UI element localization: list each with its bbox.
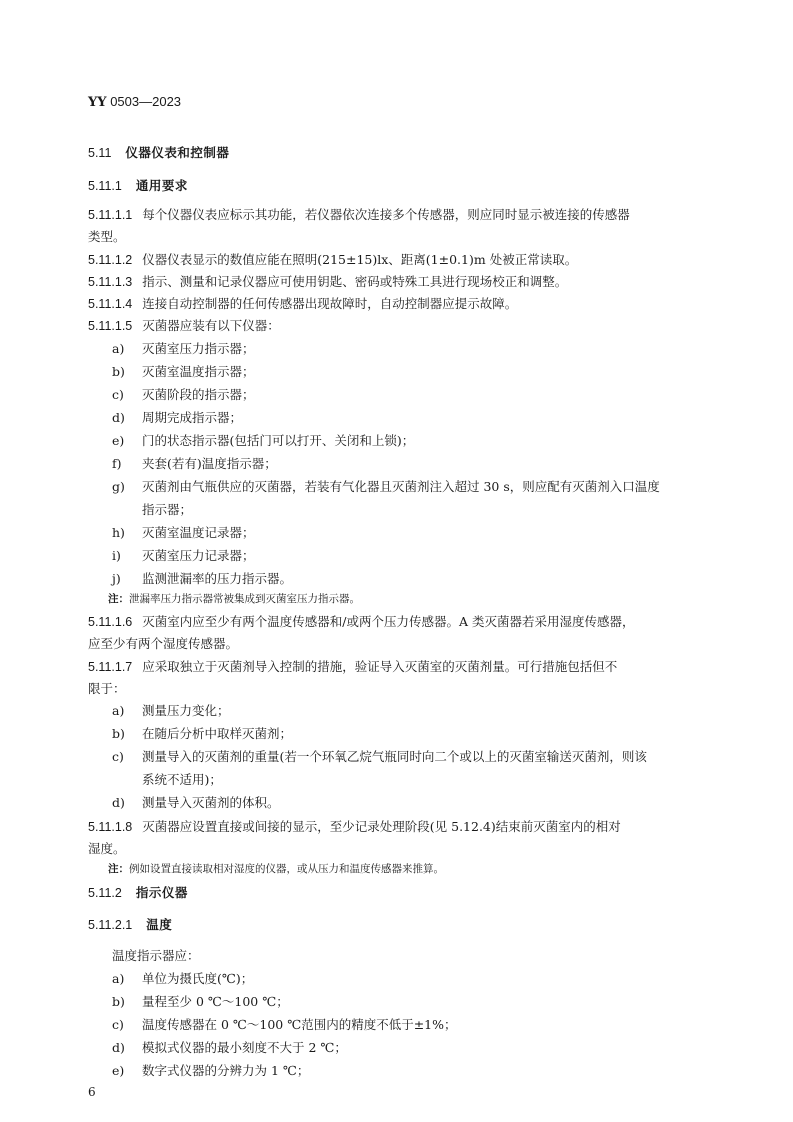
list-text: 单位为摄氏度(℃)； bbox=[142, 971, 253, 986]
list-label: e) bbox=[112, 1063, 142, 1078]
list-text: 夹套(若有)温度指示器； bbox=[142, 456, 277, 471]
list-text: 测量压力变化； bbox=[142, 703, 230, 718]
note-text: 例如设置直接读取相对湿度的仪器，或从压力和温度传感器来推算。 bbox=[129, 863, 444, 875]
heading-5-11: 5.11仪器仪表和控制器 bbox=[88, 143, 229, 161]
clause-text-continued: 类型。 bbox=[88, 226, 708, 247]
list-label: b) bbox=[112, 364, 142, 379]
clause-5-11-1-2: 5.11.1.2仪器仪表显示的数值应能在照明(215±15)lx、距离(1±0.… bbox=[88, 249, 708, 271]
clause-5-11-1-4: 5.11.1.4连接自动控制器的任何传感器出现故障时，自动控制器应提示故障。 bbox=[88, 293, 708, 315]
standard-code: YY 0503—2023 bbox=[88, 94, 181, 110]
clause-number: 5.11.1.2 bbox=[88, 253, 132, 267]
list-item: i)灭菌室压力记录器； bbox=[112, 546, 255, 564]
section-title: 仪器仪表和控制器 bbox=[125, 145, 229, 160]
clause-5-11-1-3: 5.11.1.3指示、测量和记录仪器应可使用钥匙、密码或特殊工具进行现场校正和调… bbox=[88, 271, 708, 293]
list-item: e)数字式仪器的分辨力为 1 ℃； bbox=[112, 1061, 309, 1079]
list-text: 温度传感器在 0 ℃～100 ℃范围内的精度不低于±1%； bbox=[142, 1017, 457, 1032]
list-text: 灭菌室压力指示器； bbox=[142, 341, 255, 356]
heading-5-11-2: 5.11.2指示仪器 bbox=[88, 883, 188, 901]
list-label: b) bbox=[112, 994, 142, 1009]
section-number: 5.11 bbox=[88, 146, 111, 160]
clause-text: 灭菌器应装有以下仪器： bbox=[142, 318, 280, 333]
list-text: 测量导入的灭菌剂的重量(若一个环氧乙烷气瓶同时向二个或以上的灭菌室输送灭菌剂，则… bbox=[142, 749, 647, 764]
clause-number: 5.11.1.7 bbox=[88, 660, 132, 674]
page-number: 6 bbox=[88, 1085, 96, 1099]
list-text: 门的状态指示器(包括门可以打开、关闭和上锁)； bbox=[142, 433, 414, 448]
clause-text: 仪器仪表显示的数值应能在照明(215±15)lx、距离(1±0.1)m 处被正常… bbox=[142, 252, 577, 267]
list-label: d) bbox=[112, 795, 142, 810]
clause-text: 每个仪器仪表应标示其功能，若仪器依次连接多个传感器，则应同时显示被连接的传感器 bbox=[142, 207, 630, 222]
list-text: 量程至少 0 ℃～100 ℃； bbox=[142, 994, 289, 1009]
list-label: b) bbox=[112, 726, 142, 741]
list-item: g)灭菌剂由气瓶供应的灭菌器，若装有气化器且灭菌剂注入超过 30 s，则应配有灭… bbox=[112, 477, 660, 495]
list-text: 监测泄漏率的压力指示器。 bbox=[142, 571, 292, 586]
list-label: a) bbox=[112, 703, 142, 718]
list-label: f) bbox=[112, 456, 142, 471]
list-text: 周期完成指示器； bbox=[142, 410, 242, 425]
note: 注：泄漏率压力指示器常被集成到灭菌室压力指示器。 bbox=[108, 591, 360, 606]
section-number: 5.11.2 bbox=[88, 886, 122, 900]
note-label: 注： bbox=[108, 593, 129, 605]
list-label: j) bbox=[112, 571, 142, 586]
clause-text-continued: 限于： bbox=[88, 678, 708, 699]
clause-5-11-1-8: 5.11.1.8灭菌器应设置直接或间接的显示，至少记录处理阶段(见 5.12.4… bbox=[88, 816, 708, 838]
list-item: e)门的状态指示器(包括门可以打开、关闭和上锁)； bbox=[112, 431, 414, 449]
clause-number: 5.11.1.8 bbox=[88, 820, 132, 834]
clause-text-continued: 湿度。 bbox=[88, 838, 708, 859]
clause-number: 5.11.1.3 bbox=[88, 275, 132, 289]
section-title: 温度 bbox=[146, 917, 172, 932]
list-text: 测量导入灭菌剂的体积。 bbox=[142, 795, 280, 810]
list-label: d) bbox=[112, 410, 142, 425]
list-text: 在随后分析中取样灭菌剂； bbox=[142, 726, 292, 741]
list-item: a)灭菌室压力指示器； bbox=[112, 339, 255, 357]
list-item: f)夹套(若有)温度指示器； bbox=[112, 454, 277, 472]
list-item: d)模拟式仪器的最小刻度不大于 2 ℃； bbox=[112, 1038, 347, 1056]
note-label: 注： bbox=[108, 863, 129, 875]
standard-number: 0503—2023 bbox=[110, 94, 181, 109]
clause-text: 指示、测量和记录仪器应可使用钥匙、密码或特殊工具进行现场校正和调整。 bbox=[142, 274, 567, 289]
clause-5-11-1-6: 5.11.1.6灭菌室内应至少有两个温度传感器和/或两个压力传感器。A 类灭菌器… bbox=[88, 611, 708, 633]
list-text: 灭菌室温度指示器； bbox=[142, 364, 255, 379]
list-item: h)灭菌室温度记录器； bbox=[112, 523, 255, 541]
list-text: 灭菌室温度记录器； bbox=[142, 525, 255, 540]
clause-text: 连接自动控制器的任何传感器出现故障时，自动控制器应提示故障。 bbox=[142, 296, 517, 311]
note-text: 泄漏率压力指示器常被集成到灭菌室压力指示器。 bbox=[129, 593, 360, 605]
list-item: c)温度传感器在 0 ℃～100 ℃范围内的精度不低于±1%； bbox=[112, 1015, 457, 1033]
clause-text-continued: 应至少有两个湿度传感器。 bbox=[88, 633, 708, 654]
heading-5-11-2-1: 5.11.2.1温度 bbox=[88, 915, 172, 933]
heading-5-11-1: 5.11.1通用要求 bbox=[88, 176, 188, 194]
list-label: h) bbox=[112, 525, 142, 540]
clause-5-11-1-1: 5.11.1.1每个仪器仪表应标示其功能，若仪器依次连接多个传感器，则应同时显示… bbox=[88, 204, 708, 226]
section-number: 5.11.1 bbox=[88, 179, 122, 193]
clause-5-11-1-7: 5.11.1.7应采取独立于灭菌剂导入控制的措施，验证导入灭菌室的灭菌剂量。可行… bbox=[88, 656, 708, 678]
clause-number: 5.11.1.5 bbox=[88, 319, 132, 333]
clause-text: 灭菌室内应至少有两个温度传感器和/或两个压力传感器。A 类灭菌器若采用湿度传感器… bbox=[142, 614, 634, 629]
list-item: b)在随后分析中取样灭菌剂； bbox=[112, 724, 292, 742]
list-item: a)测量压力变化； bbox=[112, 701, 230, 719]
list-item: c)灭菌阶段的指示器； bbox=[112, 385, 255, 403]
list-label: d) bbox=[112, 1040, 142, 1055]
list-label: g) bbox=[112, 479, 142, 494]
list-item: d)周期完成指示器； bbox=[112, 408, 242, 426]
list-text: 灭菌室压力记录器； bbox=[142, 548, 255, 563]
clause-text: 应采取独立于灭菌剂导入控制的措施，验证导入灭菌室的灭菌剂量。可行措施包括但不 bbox=[142, 659, 617, 674]
list-text: 灭菌剂由气瓶供应的灭菌器，若装有气化器且灭菌剂注入超过 30 s，则应配有灭菌剂… bbox=[142, 479, 660, 494]
list-label: c) bbox=[112, 387, 142, 402]
list-label: a) bbox=[112, 341, 142, 356]
list-text: 灭菌阶段的指示器； bbox=[142, 387, 255, 402]
clause-text: 灭菌器应设置直接或间接的显示，至少记录处理阶段(见 5.12.4)结束前灭菌室内… bbox=[142, 819, 621, 834]
section-title: 通用要求 bbox=[136, 178, 188, 193]
list-item: j)监测泄漏率的压力指示器。 bbox=[112, 569, 292, 587]
list-item: b)量程至少 0 ℃～100 ℃； bbox=[112, 992, 289, 1010]
list-label: c) bbox=[112, 749, 142, 764]
section-number: 5.11.2.1 bbox=[88, 918, 132, 932]
list-text: 数字式仪器的分辨力为 1 ℃； bbox=[142, 1063, 309, 1078]
clause-number: 5.11.1.6 bbox=[88, 615, 132, 629]
clause-5-11-1-5: 5.11.1.5灭菌器应装有以下仪器： bbox=[88, 315, 708, 337]
list-label: c) bbox=[112, 1017, 142, 1032]
list-item: c)测量导入的灭菌剂的重量(若一个环氧乙烷气瓶同时向二个或以上的灭菌室输送灭菌剂… bbox=[112, 747, 647, 765]
clause-number: 5.11.1.1 bbox=[88, 208, 132, 222]
list-item: d)测量导入灭菌剂的体积。 bbox=[112, 793, 280, 811]
document-page: YY 0503—2023 5.11仪器仪表和控制器 5.11.1通用要求 5.1… bbox=[0, 0, 793, 1122]
list-label: e) bbox=[112, 433, 142, 448]
section-title: 指示仪器 bbox=[136, 885, 188, 900]
note: 注：例如设置直接读取相对湿度的仪器，或从压力和温度传感器来推算。 bbox=[108, 861, 444, 876]
list-label: i) bbox=[112, 548, 142, 563]
list-item-continued: 系统不适用)； bbox=[142, 770, 222, 788]
list-item: b)灭菌室温度指示器； bbox=[112, 362, 255, 380]
list-text: 模拟式仪器的最小刻度不大于 2 ℃； bbox=[142, 1040, 347, 1055]
clause-number: 5.11.1.4 bbox=[88, 297, 132, 311]
standard-prefix: YY bbox=[88, 95, 107, 110]
list-item: a)单位为摄氏度(℃)； bbox=[112, 969, 253, 987]
list-item-continued: 指示器； bbox=[142, 500, 192, 518]
intro-text: 温度指示器应： bbox=[112, 946, 200, 964]
list-label: a) bbox=[112, 971, 142, 986]
